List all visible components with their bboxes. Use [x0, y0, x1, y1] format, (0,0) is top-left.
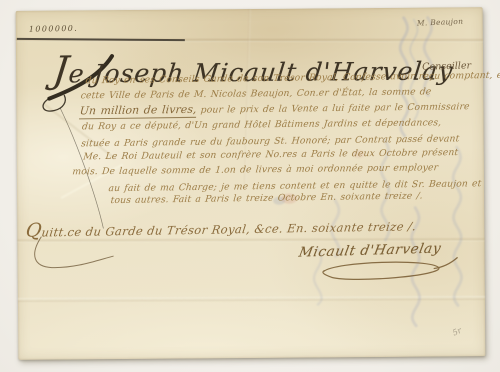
body-line-text: pour le prix de la Vente a lui faite par… [200, 101, 470, 116]
docket-line: Quitt.ce du Garde du Trésor Royal, &ce. … [25, 213, 418, 241]
fold-crease [18, 296, 485, 302]
signature-flourish [323, 257, 458, 279]
body-line: du Roy a ce député, d'Un grand Hôtel Bât… [81, 117, 441, 132]
body-line: mois. De laquelle somme de 1.on de livre… [72, 162, 439, 177]
rule-line [17, 38, 185, 41]
amount-annotation: 1000000. [29, 24, 79, 34]
manuscript-page: 1000000. M. Beaujon Je Joseph Micault d'… [16, 7, 486, 360]
body-line: Un million de livres, pour le prix de la… [79, 99, 470, 117]
photo-backdrop: 1000000. M. Beaujon Je Joseph Micault d'… [0, 0, 500, 372]
body-line: Me. Le Roi Dauteuil et son confrère No.r… [83, 147, 459, 162]
pencil-mark: 5r [451, 326, 463, 338]
recipient-annotation: M. Beaujon [417, 17, 464, 28]
signature: Micault d'Harvelay [298, 241, 443, 261]
underlined-amount: Un million de livres, [79, 103, 197, 120]
